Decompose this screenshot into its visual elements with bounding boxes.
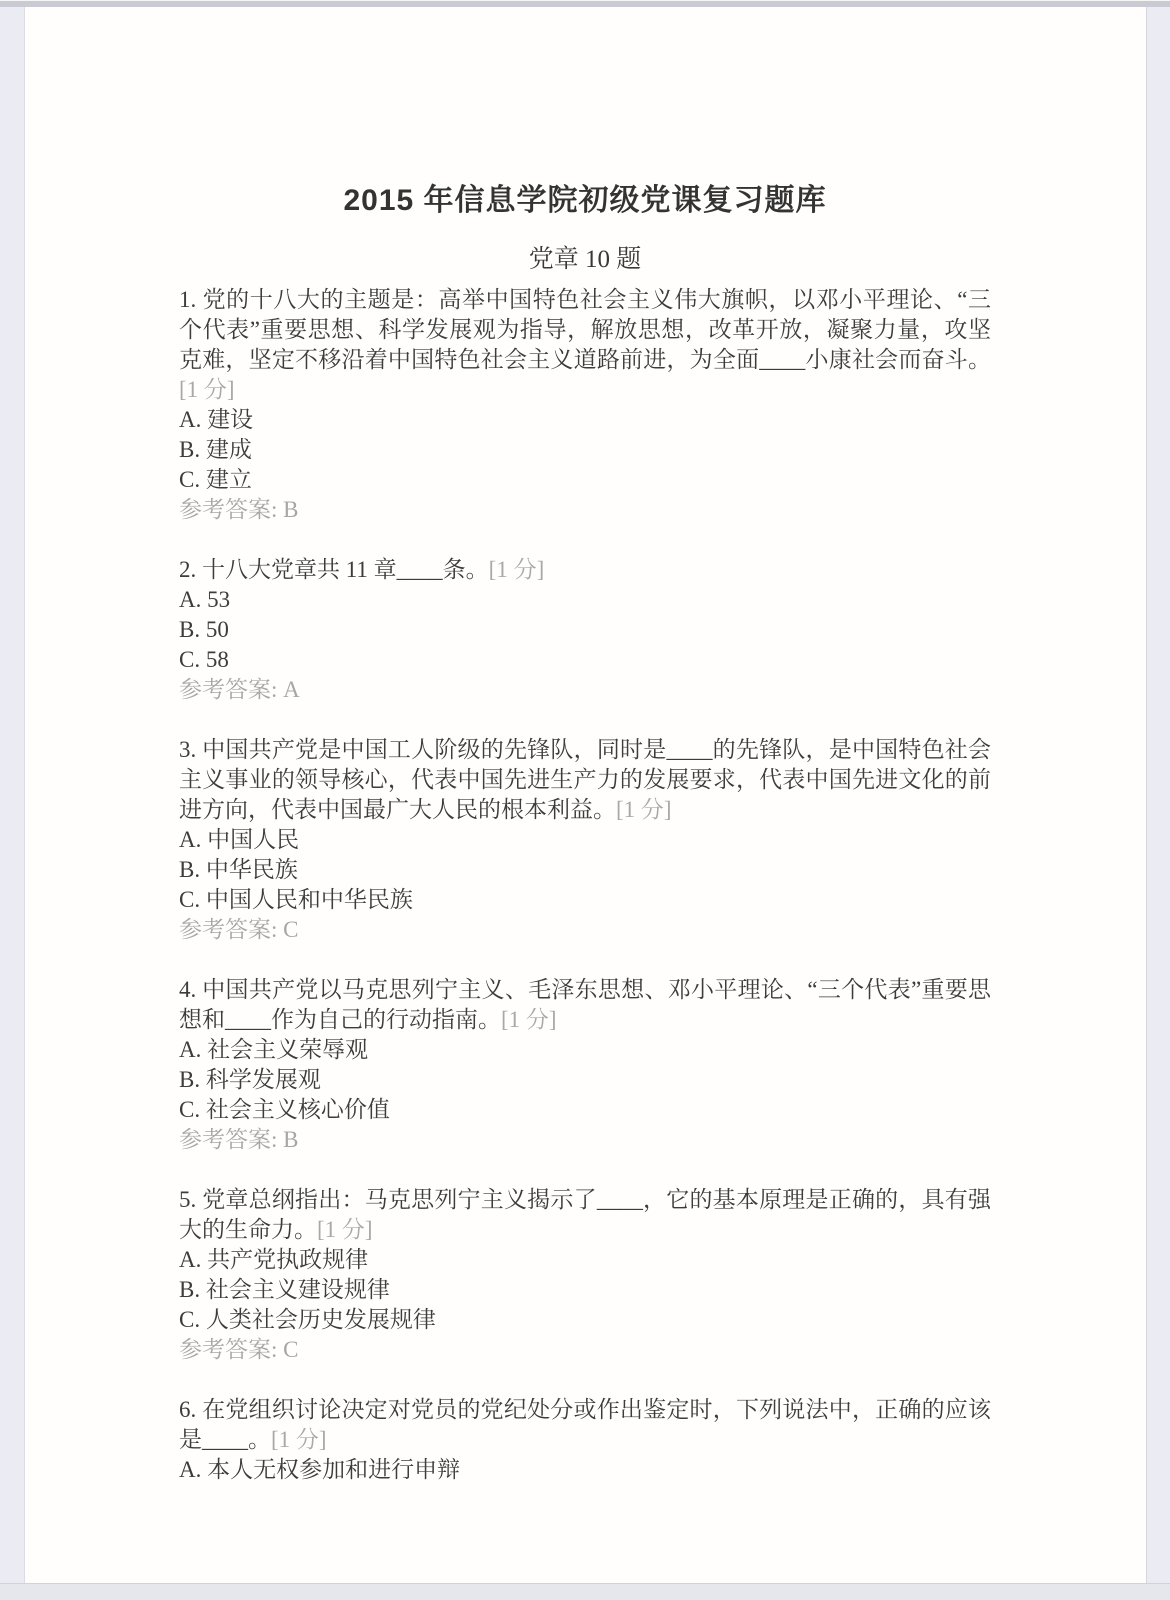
question-block-6: 6. 在党组织讨论决定对党员的党纪处分或作出鉴定时，下列说法中，正确的应该是__… [179, 1395, 991, 1485]
question-body: 4. 中国共产党以马克思列宁主义、毛泽东思想、邓小平理论、“三个代表”重要思想和… [179, 977, 991, 1032]
reference-answer: 参考答案: C [179, 915, 991, 945]
window-bottom-edge [0, 1583, 1170, 1600]
option-c: C. 人类社会历史发展规律 [179, 1305, 991, 1335]
option-c: C. 中国人民和中华民族 [179, 885, 991, 915]
answer-label: 参考答案: [179, 1127, 283, 1152]
answer-value: A [283, 677, 300, 702]
option-a: A. 本人无权参加和进行申辩 [179, 1455, 991, 1485]
reference-answer: 参考答案: B [179, 1125, 991, 1155]
question-text: 4. 中国共产党以马克思列宁主义、毛泽东思想、邓小平理论、“三个代表”重要思想和… [179, 975, 991, 1035]
document-page: 2015 年信息学院初级党课复习题库 党章 10 题 1. 党的十八大的主题是：… [24, 7, 1147, 1583]
option-a: A. 53 [179, 585, 991, 615]
reference-answer: 参考答案: B [179, 495, 991, 525]
answer-value: C [283, 917, 298, 942]
answer-value: C [283, 1337, 298, 1362]
option-b: B. 建成 [179, 435, 991, 465]
reference-answer: 参考答案: C [179, 1335, 991, 1365]
score-marker: [1 分] [271, 1427, 327, 1452]
question-block-5: 5. 党章总纲指出：马克思列宁主义揭示了____，它的基本原理是正确的，具有强大… [179, 1185, 991, 1365]
option-c: C. 58 [179, 645, 991, 675]
question-body: 1. 党的十八大的主题是：高举中国特色社会主义伟大旗帜，以邓小平理论、“三个代表… [179, 287, 991, 372]
question-block-2: 2. 十八大党章共 11 章____条。[1 分] A. 53 B. 50 C.… [179, 555, 991, 705]
question-block-1: 1. 党的十八大的主题是：高举中国特色社会主义伟大旗帜，以邓小平理论、“三个代表… [179, 285, 991, 525]
question-body: 3. 中国共产党是中国工人阶级的先锋队，同时是____的先锋队，是中国特色社会主… [179, 737, 991, 822]
score-marker: [1 分] [317, 1217, 373, 1242]
window-top-edge [0, 0, 1170, 7]
document-content: 2015 年信息学院初级党课复习题库 党章 10 题 1. 党的十八大的主题是：… [179, 7, 991, 1485]
option-b: B. 科学发展观 [179, 1065, 991, 1095]
option-c: C. 建立 [179, 465, 991, 495]
score-marker: [1 分] [489, 557, 545, 582]
document-title: 2015 年信息学院初级党课复习题库 [179, 182, 991, 220]
question-text: 3. 中国共产党是中国工人阶级的先锋队，同时是____的先锋队，是中国特色社会主… [179, 735, 991, 825]
option-c: C. 社会主义核心价值 [179, 1095, 991, 1125]
option-a: A. 建设 [179, 405, 991, 435]
question-body: 5. 党章总纲指出：马克思列宁主义揭示了____，它的基本原理是正确的，具有强大… [179, 1187, 991, 1242]
score-marker: [1 分] [616, 797, 672, 822]
question-text: 6. 在党组织讨论决定对党员的党纪处分或作出鉴定时，下列说法中，正确的应该是__… [179, 1395, 991, 1455]
answer-label: 参考答案: [179, 1337, 283, 1362]
answer-label: 参考答案: [179, 917, 283, 942]
section-heading: 党章 10 题 [179, 243, 991, 277]
option-b: B. 社会主义建设规律 [179, 1275, 991, 1305]
answer-label: 参考答案: [179, 497, 283, 522]
option-a: A. 中国人民 [179, 825, 991, 855]
option-a: A. 共产党执政规律 [179, 1245, 991, 1275]
option-a: A. 社会主义荣辱观 [179, 1035, 991, 1065]
question-body: 2. 十八大党章共 11 章____条。 [179, 557, 489, 582]
score-marker: [1 分] [179, 377, 235, 402]
answer-value: B [283, 497, 298, 522]
question-block-4: 4. 中国共产党以马克思列宁主义、毛泽东思想、邓小平理论、“三个代表”重要思想和… [179, 975, 991, 1155]
answer-label: 参考答案: [179, 677, 283, 702]
option-b: B. 中华民族 [179, 855, 991, 885]
score-marker: [1 分] [501, 1007, 557, 1032]
question-text: 2. 十八大党章共 11 章____条。[1 分] [179, 555, 991, 585]
option-b: B. 50 [179, 615, 991, 645]
question-text: 1. 党的十八大的主题是：高举中国特色社会主义伟大旗帜，以邓小平理论、“三个代表… [179, 285, 991, 405]
reference-answer: 参考答案: A [179, 675, 991, 705]
question-block-3: 3. 中国共产党是中国工人阶级的先锋队，同时是____的先锋队，是中国特色社会主… [179, 735, 991, 945]
question-text: 5. 党章总纲指出：马克思列宁主义揭示了____，它的基本原理是正确的，具有强大… [179, 1185, 991, 1245]
answer-value: B [283, 1127, 298, 1152]
